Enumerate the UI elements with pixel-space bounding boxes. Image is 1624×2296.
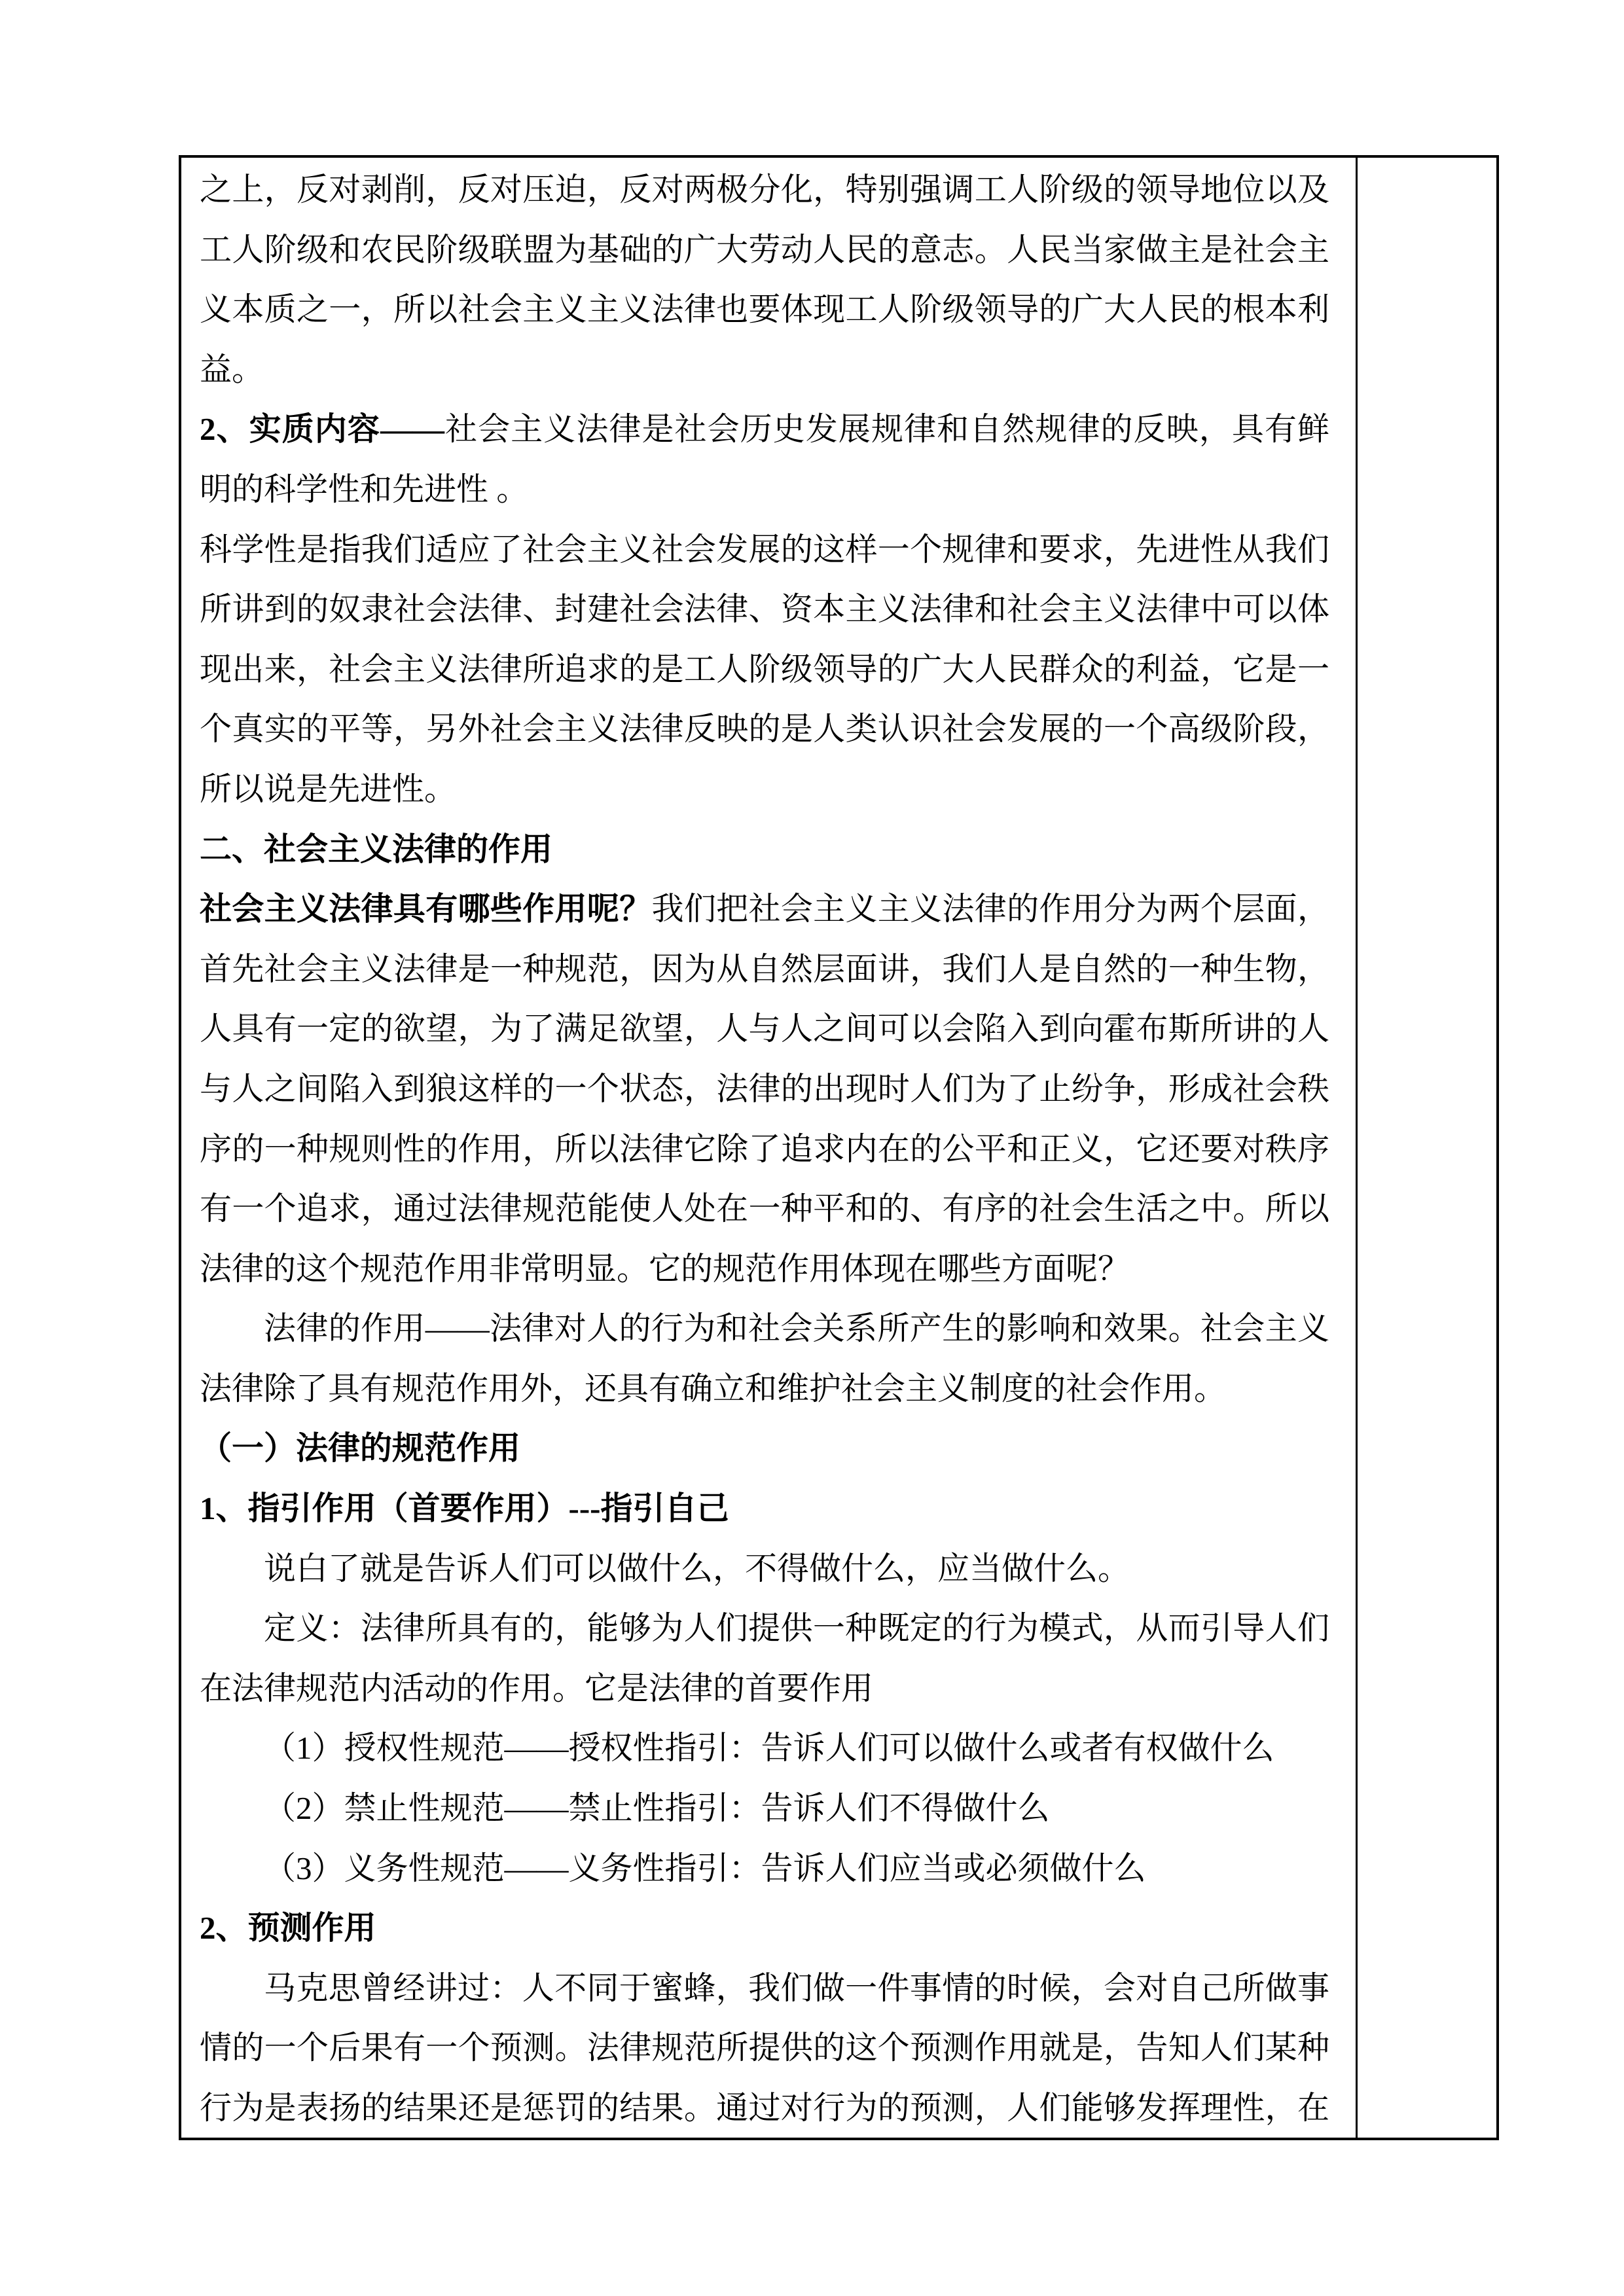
text-line: 序的一种规则性的作用，所以法律它除了追求内在的公平和正义，它还要对秩序 [200,1119,1329,1179]
document-page: 之上，反对剥削，反对压迫，反对两极分化，特别强调工人阶级的领导地位以及工人阶级和… [0,0,1624,2296]
text-line: （3）义务性规范——义务性指引：告诉人们应当或必须做什么 [200,1839,1329,1899]
text-segment: 2、预测作用 [200,1910,376,1946]
text-line: 之上，反对剥削，反对压迫，反对两极分化，特别强调工人阶级的领导地位以及 [200,160,1329,220]
remarks-cell [1358,158,1496,2138]
text-segment: 说白了就是告诉人们可以做什么，不得做什么，应当做什么。 [264,1551,1130,1587]
text-line: 法律除了具有规范作用外，还具有确立和维护社会主义制度的社会作用。 [200,1359,1329,1419]
text-segment: 行为是表扬的结果还是惩罚的结果。通过对行为的预测，人们能够发挥理性，在 [200,2090,1329,2126]
text-segment: 社会主义法律具有哪些作用呢？ [200,891,652,927]
text-segment: 首先社会主义法律是一种规范，因为从自然层面讲，我们人是自然的一种生物， [200,951,1329,987]
text-line: 科学性是指我们适应了社会主义社会发展的这样一个规律和要求，先进性从我们 [200,520,1329,580]
text-segment: 有一个追求，通过法律规范能使人处在一种平和的、有序的社会生活之中。所以 [200,1191,1329,1227]
text-segment: 现出来，社会主义法律所追求的是工人阶级领导的广大人民群众的利益，它是一 [200,651,1329,687]
text-line: 定义：法律所具有的，能够为人们提供一种既定的行为模式，从而引导人们 [200,1598,1329,1659]
content-cell: 之上，反对剥削，反对压迫，反对两极分化，特别强调工人阶级的领导地位以及工人阶级和… [181,158,1358,2138]
text-line: 益。 [200,340,1329,400]
text-line: 与人之间陷入到狼这样的一个状态，法律的出现时人们为了止纷争，形成社会秩 [200,1059,1329,1119]
text-segment: 1、指引作用（首要作用）---指引自己 [200,1490,729,1526]
text-segment: 个真实的平等，另外社会主义法律反映的是人类认识社会发展的一个高级阶段， [200,711,1329,747]
text-line: 明的科学性和先进性 。 [200,459,1329,520]
text-line: 法律的这个规范作用非常明显。它的规范作用体现在哪些方面呢？ [200,1239,1329,1299]
document-lines: 之上，反对剥削，反对压迫，反对两极分化，特别强调工人阶级的领导地位以及工人阶级和… [200,160,1329,2138]
text-line: 马克思曾经讲过：人不同于蜜蜂，我们做一件事情的时候，会对自己所做事 [200,1958,1329,2018]
text-line: 2、实质内容——社会主义法律是社会历史发展规律和自然规律的反映，具有鲜 [200,399,1329,459]
text-segment: 社会主义法律是社会历史发展规律和自然规律的反映，具有鲜 [444,411,1329,447]
text-segment: 二、社会主义法律的作用 [200,831,552,867]
text-segment: 情的一个后果有一个预测。法律规范所提供的这个预测作用就是，告知人们某种 [200,2030,1329,2066]
text-segment: 在法律规范内活动的作用。它是法律的首要作用 [200,1670,873,1706]
text-line: 二、社会主义法律的作用 [200,819,1329,880]
text-line: 所讲到的奴隶社会法律、封建社会法律、资本主义法律和社会主义法律中可以体 [200,579,1329,639]
text-line: 2、预测作用 [200,1898,1329,1958]
text-segment: （3）义务性规范——义务性指引：告诉人们应当或必须做什么 [264,1850,1146,1886]
text-line: 法律的作用——法律对人的行为和社会关系所产生的影响和效果。社会主义 [200,1299,1329,1359]
text-segment: 法律的作用——法律对人的行为和社会关系所产生的影响和效果。社会主义 [264,1310,1329,1346]
text-segment: 所讲到的奴隶社会法律、封建社会法律、资本主义法律和社会主义法律中可以体 [200,591,1329,627]
text-line: 说白了就是告诉人们可以做什么，不得做什么，应当做什么。 [200,1539,1329,1599]
text-line: 个真实的平等，另外社会主义法律反映的是人类认识社会发展的一个高级阶段， [200,699,1329,759]
lesson-plan-table: 之上，反对剥削，反对压迫，反对两极分化，特别强调工人阶级的领导地位以及工人阶级和… [179,155,1499,2140]
text-segment: （2）禁止性规范——禁止性指引：告诉人们不得做什么 [264,1790,1050,1826]
text-segment: 序的一种规则性的作用，所以法律它除了追求内在的公平和正义，它还要对秩序 [200,1131,1329,1167]
text-segment: 马克思曾经讲过：人不同于蜜蜂，我们做一件事情的时候，会对自己所做事 [264,1970,1329,2006]
text-line: （1）授权性规范——授权性指引：告诉人们可以做什么或者有权做什么 [200,1718,1329,1778]
text-segment: 工人阶级和农民阶级联盟为基础的广大劳动人民的意志。人民当家做主是社会主 [200,232,1329,268]
text-line: 首先社会主义法律是一种规范，因为从自然层面讲，我们人是自然的一种生物， [200,939,1329,999]
text-line: 有一个追求，通过法律规范能使人处在一种平和的、有序的社会生活之中。所以 [200,1179,1329,1239]
text-line: （一）法律的规范作用 [200,1418,1329,1479]
text-line: 人具有一定的欲望，为了满足欲望，人与人之间可以会陷入到向霍布斯所讲的人 [200,999,1329,1059]
text-line: 工人阶级和农民阶级联盟为基础的广大劳动人民的意志。人民当家做主是社会主 [200,220,1329,280]
text-segment: 2、实质内容—— [200,411,444,447]
text-line: 社会主义法律具有哪些作用呢？我们把社会主义主义法律的作用分为两个层面， [200,879,1329,939]
text-segment: 我们把社会主义主义法律的作用分为两个层面， [652,891,1329,927]
text-segment: 人具有一定的欲望，为了满足欲望，人与人之间可以会陷入到向霍布斯所讲的人 [200,1011,1329,1047]
text-segment: （1）授权性规范——授权性指引：告诉人们可以做什么或者有权做什么 [264,1730,1274,1766]
text-line: 行为是表扬的结果还是惩罚的结果。通过对行为的预测，人们能够发挥理性，在 [200,2078,1329,2138]
text-segment: 益。 [200,351,264,387]
text-segment: （一）法律的规范作用 [200,1430,520,1466]
text-segment: 义本质之一，所以社会主义主义法律也要体现工人阶级领导的广大人民的根本利 [200,291,1329,327]
text-segment: 法律的这个规范作用非常明显。它的规范作用体现在哪些方面呢？ [200,1251,1130,1287]
text-line: 义本质之一，所以社会主义主义法律也要体现工人阶级领导的广大人民的根本利 [200,279,1329,340]
text-segment: 定义：法律所具有的，能够为人们提供一种既定的行为模式，从而引导人们 [264,1610,1329,1646]
text-line: 在法律规范内活动的作用。它是法律的首要作用 [200,1659,1329,1719]
text-segment: 所以说是先进性。 [200,771,456,807]
text-line: （2）禁止性规范——禁止性指引：告诉人们不得做什么 [200,1778,1329,1839]
text-segment: 之上，反对剥削，反对压迫，反对两极分化，特别强调工人阶级的领导地位以及 [200,171,1329,207]
text-segment: 法律除了具有规范作用外，还具有确立和维护社会主义制度的社会作用。 [200,1371,1226,1407]
text-segment: 与人之间陷入到狼这样的一个状态，法律的出现时人们为了止纷争，形成社会秩 [200,1071,1329,1107]
text-line: 情的一个后果有一个预测。法律规范所提供的这个预测作用就是，告知人们某种 [200,2018,1329,2078]
text-line: 1、指引作用（首要作用）---指引自己 [200,1479,1329,1539]
text-line: 所以说是先进性。 [200,759,1329,819]
text-segment: 科学性是指我们适应了社会主义社会发展的这样一个规律和要求，先进性从我们 [200,531,1329,567]
text-line: 现出来，社会主义法律所追求的是工人阶级领导的广大人民群众的利益，它是一 [200,639,1329,700]
text-segment: 明的科学性和先进性 。 [200,471,528,507]
